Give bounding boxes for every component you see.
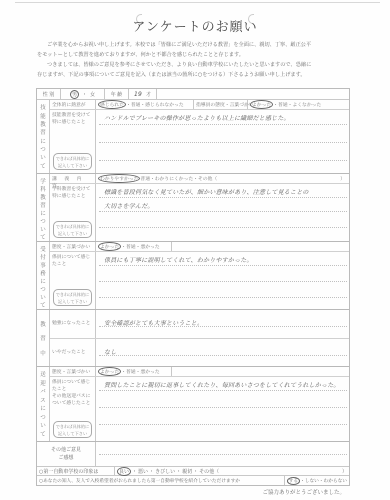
academic-comment-field[interactable]: 標識を普段何気なく見ていたが、細かい意味があり、注意して見ることの 大切さを学ん…: [96, 184, 349, 241]
reception-comment-field[interactable]: 係員にも丁寧に説明してくれて、わかりやすかった。: [96, 252, 349, 309]
option-normal[interactable]: 普通: [278, 101, 288, 108]
section-reception-title: 受付事務について: [37, 242, 50, 309]
note-box: できれば具体的に記入して下さい: [53, 289, 92, 306]
reception-rating-row: 態度・言葉づかい よかった・普通・悪かった: [50, 242, 349, 252]
section-academic-title: 学科教習について: [37, 174, 50, 241]
gender-field[interactable]: 男 ・ 女: [61, 89, 105, 99]
option-good[interactable]: よかった: [98, 242, 121, 251]
survey-page: アンケートのお願い ご卒業を心からお祝い申し上げます。本校では「皆様にご満足いた…: [0, 0, 390, 500]
skill-rating-row: 全体的に熱意が 感じられた・普通・感じられなかった 指導員の態度・言葉づかい よ…: [50, 100, 349, 110]
age-value[interactable]: 19: [134, 91, 142, 98]
skill-rating-content: 感じられた・普通・感じられなかった 指導員の態度・言葉づかい よかった・普通・よ…: [96, 100, 349, 109]
lecture-content-label: 講 義 内 容: [50, 174, 96, 183]
option-not-felt[interactable]: 感じられなかった: [145, 101, 183, 108]
bus-comment-row: 係員について感じたこと その他送迎バスに ついて感じたこと できれば具体的に記入…: [50, 377, 349, 441]
bus-attitude-label: 態度・言葉づかい: [50, 367, 96, 376]
note-box: できれば具体的に記入して下さい: [53, 421, 92, 438]
learned-field[interactable]: 安全確認がとても大事ということ。: [96, 310, 349, 338]
bus-comment-line-1[interactable]: 質問したことに親切に返事してくれたり、毎回あいさつをしてくれてうれしかった。: [104, 380, 340, 389]
section-bus-title: 送迎バスについて: [37, 367, 50, 441]
reception-comment-row: 係員について感じたこと できれば具体的に記入して下さい 係員にも丁寧に説明してく…: [50, 252, 349, 309]
impression-row: ○第一自動車学校の印象は 良い・悪い・きびしい・親切・その他（ ）: [37, 467, 349, 476]
reception-attitude-label: 態度・言葉づかい: [50, 242, 96, 251]
bus-comment-field[interactable]: 質問したことに親切に返事してくれたり、毎回あいさつをしてくれてうれしかった。: [96, 377, 349, 441]
section-skill: 技能教習について 全体的に熱意が 感じられた・普通・感じられなかった 指導員の態…: [37, 100, 349, 174]
bus-comment-label: 係員について感じたこと その他送迎バスに ついて感じたこと できれば具体的に記入…: [50, 377, 96, 441]
gender-separator: ・: [82, 91, 87, 98]
option-bad[interactable]: よくなかった: [292, 101, 321, 108]
option-strict[interactable]: きびしい: [155, 468, 175, 475]
skill-comment-row: 技能教習を受けて特に感じたこと できれば具体的に記入して下さい ハンドルでブレー…: [50, 110, 349, 173]
option-normal[interactable]: 普通: [140, 175, 150, 182]
intro-line-4: 存じますが、下記の事項についてご意見を記入（または該当の箇所に○をつける）下さる…: [37, 70, 357, 80]
option-will[interactable]: する: [287, 477, 300, 485]
lecture-content-options[interactable]: わかりやすかった普通・わかりにくかった・その他（ ）: [96, 174, 349, 183]
skill-comment-field[interactable]: ハンドルでブレーキの操作が思ったよりも以上に繊細だと感じた。: [96, 110, 349, 173]
option-bad[interactable]: 悪い: [138, 468, 148, 475]
academic-comment-line-1[interactable]: 標識を普段何気なく見ていたが、細かい意味があり、注意して見ることの: [104, 187, 309, 196]
section-during: 教習中 勉強になったこと 安全確認がとても大事ということ。 いやだったこと なし: [37, 310, 349, 367]
bus-attitude-options[interactable]: よかった・普通・悪かった: [96, 367, 172, 376]
option-normal[interactable]: 普通: [126, 243, 136, 250]
survey-form: 性 別 男 ・ 女 年 齢 19 才 技能教習について 全体的に熱意が: [36, 88, 350, 486]
option-other[interactable]: その他（: [198, 175, 217, 182]
option-felt[interactable]: 感じられた: [98, 100, 126, 109]
reception-comment-line-1[interactable]: 係員にも丁寧に説明してくれて、わかりやすかった。: [104, 255, 253, 264]
section-reception: 受付事務について 態度・言葉づかい よかった・普通・悪かった 係員について感じた…: [37, 242, 349, 310]
age-field[interactable]: 19 才: [129, 89, 157, 99]
disliked-row: いやだったこと なし: [50, 339, 349, 367]
intro-line-2: をモットーとして教習を進めておりますが、何かと不都合を感じられたことと存じます。: [37, 50, 357, 60]
learned-row: 勉強になったこと 安全確認がとても大事ということ。: [50, 310, 349, 339]
skill-comment-line-1[interactable]: ハンドルでブレーキの操作が思ったよりも以上に繊細だと感じた。: [104, 113, 290, 122]
bus-rating-content: よかった・普通・悪かった: [96, 367, 349, 376]
section-skill-title: 技能教習について: [37, 100, 50, 173]
gender-option-female[interactable]: 女: [90, 91, 95, 98]
impression-options[interactable]: 良い・悪い・きびしい・親切・その他（ ）: [115, 467, 349, 475]
academic-rating-row: 講 義 内 容 わかりやすかった普通・わかりにくかった・その他（ ）: [50, 174, 349, 184]
intro-line-1: ご卒業を心からお祝い申し上げます。本校では「皆様にご満足いただける教習」を全面に…: [37, 40, 357, 50]
age-unit: 才: [146, 91, 151, 98]
other-opinions-row: その他ご意見 ご感想: [37, 442, 349, 467]
page-title: アンケートのお願い: [0, 16, 390, 35]
option-normal[interactable]: 普通: [126, 368, 136, 375]
referral-label: ○あなたの知人、友人で入校希望者がおられましたら第一自動車学校を紹介していただけ…: [37, 476, 285, 485]
academic-comment-row: 学科教習を受けて特に感じたこと できれば具体的に記入して下さい 標識を普段何気な…: [50, 184, 349, 241]
option-bad[interactable]: 悪かった: [140, 368, 159, 375]
section-academic: 学科教習について 講 義 内 容 わかりやすかった普通・わかりにくかった・その他…: [37, 174, 349, 242]
other-opinions-label: その他ご意見 ご感想: [37, 442, 96, 466]
bus-rating-row: 態度・言葉づかい よかった・普通・悪かった: [50, 367, 349, 377]
age-label: 年 齢: [105, 89, 129, 99]
option-kind[interactable]: 親切: [182, 468, 192, 475]
reception-comment-label: 係員について感じたこと できれば具体的に記入して下さい: [50, 252, 96, 309]
option-will-not[interactable]: しない: [305, 478, 319, 484]
section-bus: 送迎バスについて 態度・言葉づかい よかった・普通・悪かった 係員について感じた…: [37, 367, 349, 442]
instructor-attitude-label: 指導員の態度・言葉づかい: [194, 100, 248, 109]
close-paren: ）: [342, 468, 347, 475]
note-box: できれば具体的に記入して下さい: [53, 221, 92, 238]
skill-enthusiasm-label: 全体的に熱意が: [50, 100, 96, 109]
referral-row: ○あなたの知人、友人で入校希望者がおられましたら第一自動車学校を紹介していただけ…: [37, 476, 349, 485]
scan-edge: [15, 2, 380, 3]
option-other[interactable]: その他（: [199, 468, 219, 475]
learned-label: 勉強になったこと: [50, 310, 96, 338]
referral-options[interactable]: する・しない・わからない: [285, 476, 349, 485]
option-unsure[interactable]: わからない: [324, 478, 347, 484]
section-during-title: 教習中: [37, 310, 50, 366]
academic-comment-line-2[interactable]: 大切さを学んだ。: [104, 201, 154, 210]
option-good[interactable]: よかった: [250, 100, 273, 109]
instructor-attitude-options[interactable]: よかった・普通・よくなかった: [248, 100, 349, 109]
intro-line-3: つきましては、皆様のご意見を参考にさせていただき、より良い自動車学校にいたしたい…: [37, 60, 357, 70]
note-box: できれば具体的に記入して下さい: [53, 153, 92, 170]
other-opinions-field[interactable]: [96, 442, 349, 466]
gender-label: 性 別: [37, 89, 61, 99]
thanks-text: ご協力ありがとうございました。: [262, 488, 345, 496]
skill-comment-label: 技能教習を受けて特に感じたこと できれば具体的に記入して下さい: [50, 110, 96, 173]
reception-rating-content: よかった・普通・悪かった: [96, 242, 349, 251]
profile-blank: [157, 89, 349, 99]
option-good[interactable]: よかった: [98, 367, 121, 376]
academic-comment-label: 学科教習を受けて特に感じたこと できれば具体的に記入して下さい: [50, 184, 96, 241]
reception-attitude-options[interactable]: よかった・普通・悪かった: [96, 242, 172, 251]
option-hard[interactable]: わかりにくかった: [155, 175, 193, 182]
impression-label: ○第一自動車学校の印象は: [37, 467, 115, 475]
skill-enthusiasm-options[interactable]: 感じられた・普通・感じられなかった: [96, 100, 194, 109]
option-normal[interactable]: 普通: [131, 101, 141, 108]
close-paren: ）: [340, 175, 349, 182]
option-bad[interactable]: 悪かった: [140, 243, 159, 250]
disliked-label: いやだったこと: [50, 339, 96, 367]
option-good[interactable]: 良い: [117, 467, 131, 476]
gender-option-male[interactable]: 男: [70, 90, 79, 99]
option-easy[interactable]: わかりやすかった: [98, 174, 140, 183]
disliked-field[interactable]: なし: [96, 339, 349, 367]
profile-row: 性 別 男 ・ 女 年 齢 19 才: [37, 89, 349, 100]
intro-text: ご卒業を心からお祝い申し上げます。本校では「皆様にご満足いただける教習」を全面に…: [37, 40, 357, 80]
